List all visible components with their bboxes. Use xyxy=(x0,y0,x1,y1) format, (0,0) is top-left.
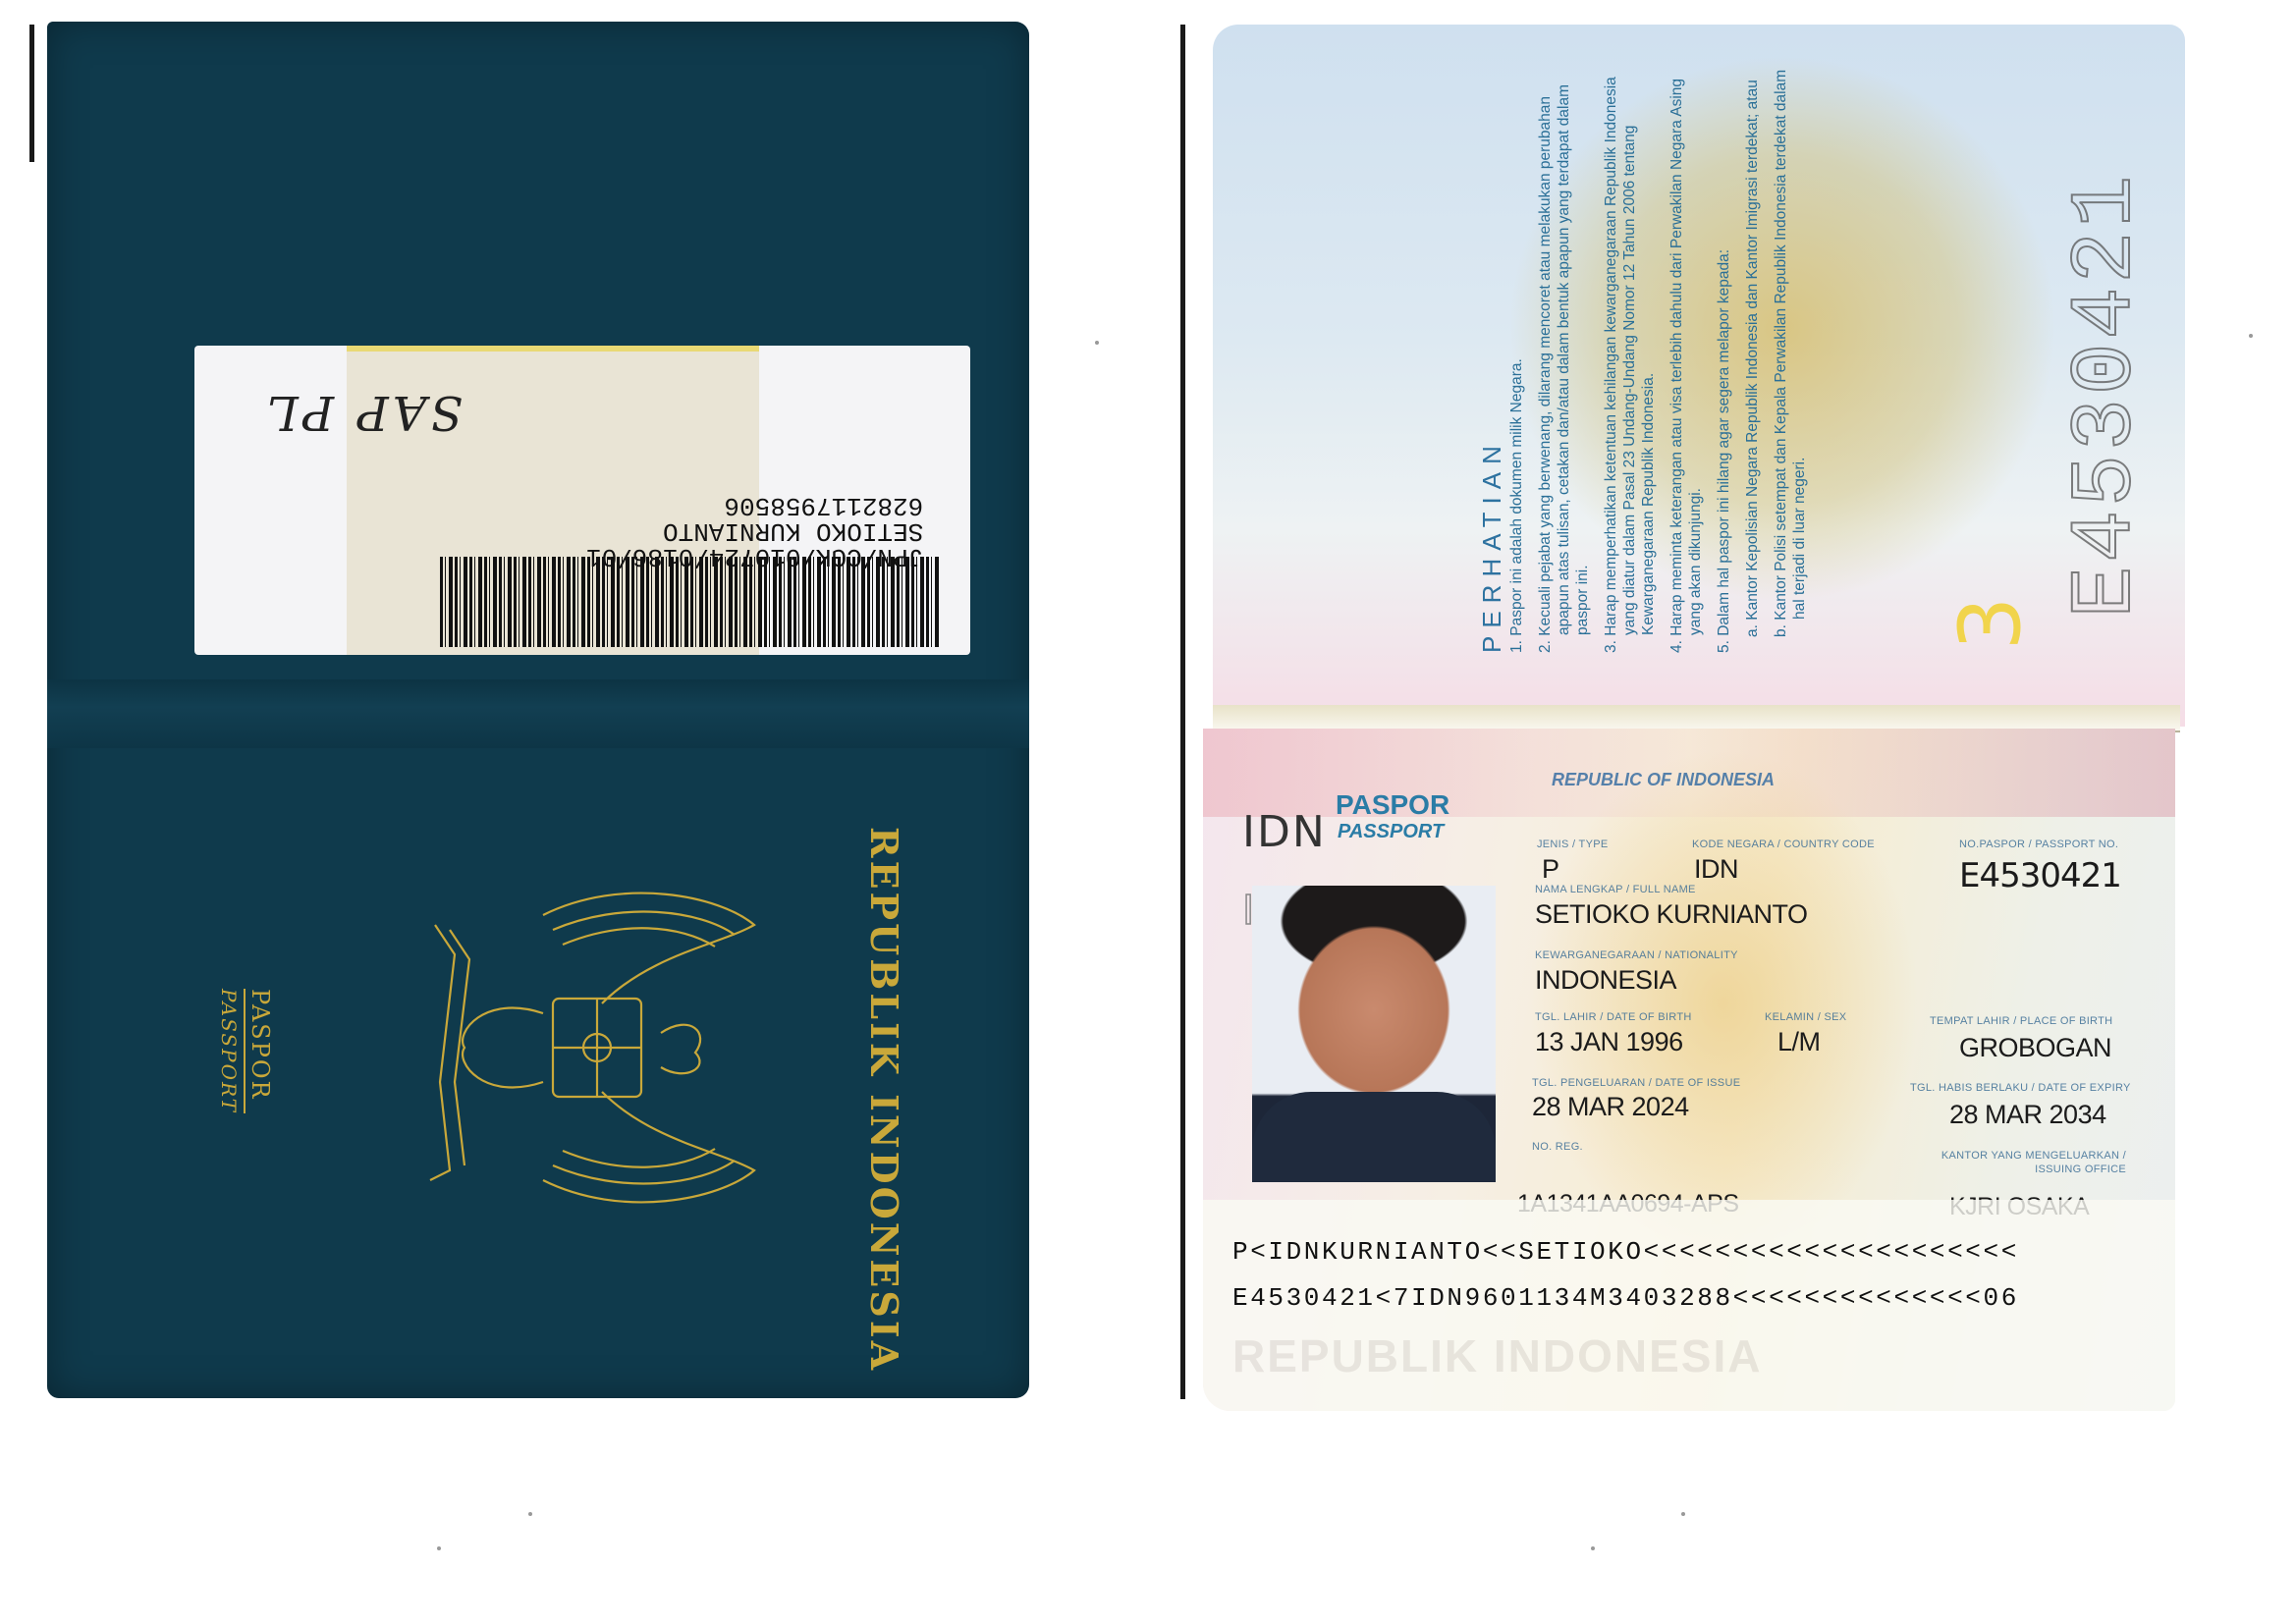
barcode xyxy=(440,557,941,647)
cover-title: REPUBLIK INDONESIA xyxy=(862,827,906,1373)
country-code-value: IDN xyxy=(1694,854,1738,885)
issue-date-label: TGL. PENGELUARAN / DATE OF ISSUE xyxy=(1532,1077,1740,1089)
issue-date-value: 28 MAR 2024 xyxy=(1532,1092,1689,1122)
full-name-label: NAMA LENGKAP / FULL NAME xyxy=(1535,884,1696,895)
dob-label: TGL. LAHIR / DATE OF BIRTH xyxy=(1535,1011,1692,1023)
passport-cover: SAP PL JPN/CGK/010724/0186/01SETIOKO KUR… xyxy=(47,22,1029,1398)
scan-speck xyxy=(2249,334,2253,338)
page-number: 3 xyxy=(1941,597,2040,651)
country-code-label: KODE NEGARA / COUNTRY CODE xyxy=(1692,839,1875,850)
sex-value: L/M xyxy=(1777,1027,1821,1057)
document-title: PASPOR xyxy=(1336,789,1449,821)
notice-item: 5. Dalam hal paspor ini hilang agar sege… xyxy=(1715,64,1733,653)
photo-shirt xyxy=(1252,1092,1496,1182)
cover-subtitle-id: PASPOR xyxy=(246,989,275,1113)
scan-speck xyxy=(1681,1512,1685,1516)
page-header: REPUBLIC OF INDONESIA xyxy=(1552,770,1775,790)
notice-title: PERHATIAN xyxy=(1483,64,1502,653)
reg-no-label: NO. REG. xyxy=(1532,1141,1583,1153)
passport-no-value: E4530421 xyxy=(1959,856,2121,895)
sex-label: KELAMIN / SEX xyxy=(1765,1011,1846,1023)
passport-no-label: NO.PASPOR / PASSPORT NO. xyxy=(1959,839,2118,850)
garuda-emblem-icon xyxy=(396,886,779,1210)
nationality-value: INDONESIA xyxy=(1535,965,1676,996)
scan-speck xyxy=(1591,1546,1595,1550)
notice-item: 3. Harap memperhatikan ketentuan kehilan… xyxy=(1602,64,1658,653)
cover-subtitle-en: PASSPORT xyxy=(214,989,244,1113)
scan-speck xyxy=(528,1512,532,1516)
expiry-date-value: 28 MAR 2034 xyxy=(1949,1100,2106,1130)
scan-edge-left xyxy=(29,25,34,162)
pob-value: GROBOGAN xyxy=(1959,1033,2111,1063)
type-value: P xyxy=(1542,854,1559,885)
holder-photo xyxy=(1252,886,1496,1182)
notice-item: 4. Harap meminta keterangan atau visa te… xyxy=(1667,64,1705,653)
country-code-large: IDN xyxy=(1242,807,1327,857)
nationality-label: KEWARGANEGARAAN / NATIONALITY xyxy=(1535,949,1738,961)
sticker-line-2: SETIOKO KURNIANTO xyxy=(586,518,923,544)
notice-item: a. Kantor Kepolisian Negara Republik Ind… xyxy=(1743,64,1762,653)
notice-item: b. Kantor Polisi setempat dan Kepala Per… xyxy=(1772,64,1809,653)
mrz-line-2: E4530421<7IDN9601134M3403288<<<<<<<<<<<<… xyxy=(1232,1283,2019,1313)
dob-value: 13 JAN 1996 xyxy=(1535,1027,1683,1057)
scan-edge-middle xyxy=(1180,25,1185,1399)
perforated-passport-number: E4530421 xyxy=(2058,172,2156,618)
document-title-en: PASSPORT xyxy=(1338,821,1444,843)
cover-subtitle: PASPOR PASSPORT xyxy=(214,989,275,1113)
cover-spine-fold xyxy=(47,679,1029,748)
scan-speck xyxy=(437,1546,441,1550)
notice-block: PERHATIAN 1. Paspor ini adalah dokumen m… xyxy=(1483,64,2102,653)
type-label: JENIS / TYPE xyxy=(1537,839,1608,850)
issuing-office-label: KANTOR YANG MENGELUARKAN / ISSUING OFFIC… xyxy=(1910,1149,2126,1176)
watermark-text: REPUBLIK INDONESIA xyxy=(1232,1329,1762,1382)
handwritten-note: SAP PL xyxy=(263,385,463,440)
emblem-watermark xyxy=(1527,748,1920,1259)
airline-sticker: SAP PL JPN/CGK/010724/0186/01SETIOKO KUR… xyxy=(194,346,970,655)
mrz-line-1: P<IDNKURNIANTO<<SETIOKO<<<<<<<<<<<<<<<<<… xyxy=(1232,1237,2019,1267)
pob-label: TEMPAT LAHIR / PLACE OF BIRTH xyxy=(1930,1015,2112,1027)
expiry-date-label: TGL. HABIS BERLAKU / DATE OF EXPIRY xyxy=(1910,1082,2131,1094)
bio-data-page: REPUBLIC OF INDONESIA IDN IDN PASPOR PAS… xyxy=(1203,729,2175,1411)
notice-page: PERHATIAN 1. Paspor ini adalah dokumen m… xyxy=(1213,25,2185,727)
scan-speck xyxy=(1095,341,1099,345)
full-name-value: SETIOKO KURNIANTO xyxy=(1535,899,1808,930)
sticker-line-3: 6282117958506 xyxy=(586,493,923,518)
notice-item: 1. Paspor ini adalah dokumen milik Negar… xyxy=(1507,64,1526,653)
notice-item: 2. Kecuali pejabat yang berwenang, dilar… xyxy=(1536,64,1592,653)
